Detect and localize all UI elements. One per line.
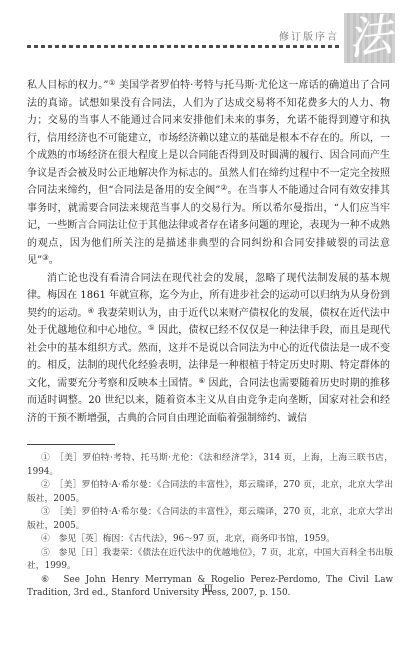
page-header-title: 修订版序言 [279,28,339,43]
footnote-3: ③ ［美］罗伯特·A·希尔曼：《合同法的丰富性》，郑云瑞译，270 页，北京，北… [27,506,393,533]
body-text: 私人目标的权力。”① 美国学者罗伯特·考特与托马斯·尤伦这一席话的确道出了合同法… [27,77,390,427]
footnote-divider [27,444,115,445]
footnote-5: ⑤ 参见［日］我妻荣：《债法在近代法中的优越地位》，7 页，北京，中国大百科全书… [27,547,393,574]
book-page: 修订版序言 法 私人目标的权力。”① 美国学者罗伯特·考特与托马斯·尤伦这一席话… [0,0,417,646]
footnote-2: ② ［美］罗伯特·A·希尔曼：《合同法的丰富性》，郑云瑞译，270 页，北京，北… [27,479,393,506]
law-seal-box: 法 [344,13,395,63]
footnotes: ① ［美］罗伯特·考特、托马斯·尤伦：《法和经济学》，314 页，上海，上海三联… [27,452,393,601]
body-paragraph-2: 消亡论也没有看清合同法在现代社会的发展，忽略了现代法制发展的基本规律。梅因在 1… [27,270,390,428]
header-dashed-divider [27,45,342,48]
page-number: Ⅲ [0,584,417,595]
footnote-4: ④ 参见［英］梅因：《古代法》，96～97 页，北京，商务印书馆，1959。 [27,533,393,547]
body-paragraph-1: 私人目标的权力。”① 美国学者罗伯特·考特与托马斯·尤伦这一席话的确道出了合同法… [27,77,390,270]
law-seal-glyph: 法 [345,14,393,62]
footnote-1: ① ［美］罗伯特·考特、托马斯·尤伦：《法和经济学》，314 页，上海，上海三联… [27,452,393,479]
